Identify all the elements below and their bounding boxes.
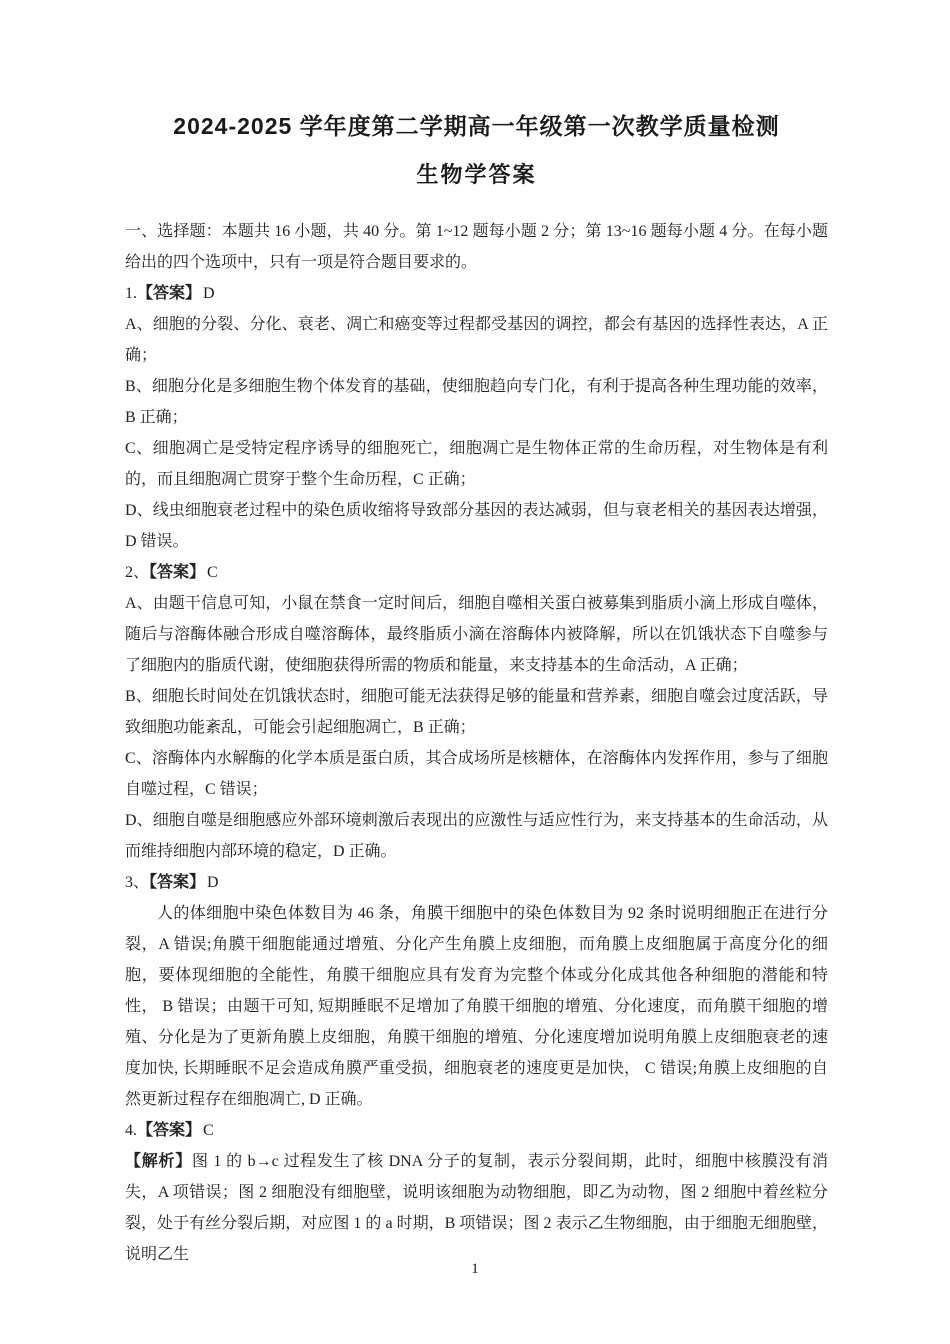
answer-heading: 1.【答案】D <box>125 278 828 309</box>
analysis-tag: 【解析】 <box>125 1153 192 1170</box>
answer-paragraph: B、细胞分化是多细胞生物个体发育的基础，使细胞趋向专门化，有利于提高各种生理功能… <box>125 371 828 433</box>
paragraph-text: 人的体细胞中染色体数目为 46 条，角膜干细胞中的染色体数目为 92 条时说明细… <box>125 905 828 1108</box>
answer-paragraph: C、溶酶体内水解酶的化学本质是蛋白质，其合成场所是核糖体，在溶酶体内发挥作用，参… <box>125 743 828 805</box>
document-title: 2024-2025 学年度第二学期高一年级第一次教学质量检测 <box>125 110 828 142</box>
answer-paragraph: 人的体细胞中染色体数目为 46 条，角膜干细胞中的染色体数目为 92 条时说明细… <box>125 898 828 1115</box>
paragraph-text: B、细胞分化是多细胞生物个体发育的基础，使细胞趋向专门化，有利于提高各种生理功能… <box>125 378 828 426</box>
paragraph-text: A、细胞的分裂、分化、衰老、凋亡和癌变等过程都受基因的调控，都会有基因的选择性表… <box>125 316 828 364</box>
section-one-intro: 一、选择题：本题共 16 小题，共 40 分。第 1~12 题每小题 2 分；第… <box>125 216 828 278</box>
answer-letter: D <box>201 285 215 302</box>
document-subtitle: 生物学答案 <box>125 160 828 190</box>
paragraph-text: D、细胞自噬是细胞感应外部环境刺激后表现出的应激性与适应性行为，来支持基本的生命… <box>125 812 828 860</box>
paragraph-text: 图 1 的 b→c 过程发生了核 DNA 分子的复制，表示分裂间期，此时，细胞中… <box>125 1153 828 1263</box>
paragraph-text: D、线虫细胞衰老过程中的染色质收缩将导致部分基因的表达减弱，但与衰老相关的基因表… <box>125 502 828 550</box>
answer-letter: C <box>205 564 218 581</box>
answers-container: 1.【答案】D A、细胞的分裂、分化、衰老、凋亡和癌变等过程都受基因的调控，都会… <box>125 278 828 1270</box>
answer-letter: D <box>205 874 219 891</box>
answer-block: 4.【答案】C 【解析】图 1 的 b→c 过程发生了核 DNA 分子的复制，表… <box>125 1115 828 1270</box>
answer-letter: C <box>201 1122 214 1139</box>
document-page: 2024-2025 学年度第二学期高一年级第一次教学质量检测 生物学答案 一、选… <box>0 0 950 1344</box>
paragraph-text: C、细胞凋亡是受特定程序诱导的细胞死亡，细胞凋亡是生物体正常的生命历程，对生物体… <box>125 440 828 488</box>
answer-tag: 【答案】 <box>149 874 205 891</box>
answer-paragraph: 【解析】图 1 的 b→c 过程发生了核 DNA 分子的复制，表示分裂间期，此时… <box>125 1146 828 1270</box>
answer-paragraph: A、细胞的分裂、分化、衰老、凋亡和癌变等过程都受基因的调控，都会有基因的选择性表… <box>125 309 828 371</box>
answer-tag: 【答案】 <box>137 1122 201 1139</box>
answer-paragraph: D、细胞自噬是细胞感应外部环境刺激后表现出的应激性与适应性行为，来支持基本的生命… <box>125 805 828 867</box>
answer-paragraphs: A、细胞的分裂、分化、衰老、凋亡和癌变等过程都受基因的调控，都会有基因的选择性表… <box>125 309 828 557</box>
answer-block: 1.【答案】D A、细胞的分裂、分化、衰老、凋亡和癌变等过程都受基因的调控，都会… <box>125 278 828 557</box>
page-number: 1 <box>0 1261 950 1278</box>
answer-tag: 【答案】 <box>149 564 205 581</box>
answer-tag: 【答案】 <box>137 285 201 302</box>
answer-paragraph: C、细胞凋亡是受特定程序诱导的细胞死亡，细胞凋亡是生物体正常的生命历程，对生物体… <box>125 433 828 495</box>
answer-heading: 4.【答案】C <box>125 1115 828 1146</box>
answer-paragraph: D、线虫细胞衰老过程中的染色质收缩将导致部分基因的表达减弱，但与衰老相关的基因表… <box>125 495 828 557</box>
paragraph-text: C、溶酶体内水解酶的化学本质是蛋白质，其合成场所是核糖体，在溶酶体内发挥作用，参… <box>125 750 828 798</box>
answer-block: 3、【答案】D 人的体细胞中染色体数目为 46 条，角膜干细胞中的染色体数目为 … <box>125 867 828 1115</box>
answer-number: 4. <box>125 1122 137 1139</box>
answer-paragraphs: A、由题干信息可知，小鼠在禁食一定时间后，细胞自噬相关蛋白被募集到脂质小滴上形成… <box>125 588 828 867</box>
answer-paragraphs: 人的体细胞中染色体数目为 46 条，角膜干细胞中的染色体数目为 92 条时说明细… <box>125 898 828 1115</box>
answer-heading: 2、【答案】C <box>125 557 828 588</box>
answer-number: 1. <box>125 285 137 302</box>
answer-number: 2、 <box>125 564 149 581</box>
answer-paragraph: B、细胞长时间处在饥饿状态时，细胞可能无法获得足够的能量和营养素，细胞自噬会过度… <box>125 681 828 743</box>
paragraph-text: A、由题干信息可知，小鼠在禁食一定时间后，细胞自噬相关蛋白被募集到脂质小滴上形成… <box>125 595 828 674</box>
answer-block: 2、【答案】C A、由题干信息可知，小鼠在禁食一定时间后，细胞自噬相关蛋白被募集… <box>125 557 828 867</box>
answer-number: 3、 <box>125 874 149 891</box>
answer-paragraph: A、由题干信息可知，小鼠在禁食一定时间后，细胞自噬相关蛋白被募集到脂质小滴上形成… <box>125 588 828 681</box>
paragraph-text: B、细胞长时间处在饥饿状态时，细胞可能无法获得足够的能量和营养素，细胞自噬会过度… <box>125 688 828 736</box>
answer-paragraphs: 【解析】图 1 的 b→c 过程发生了核 DNA 分子的复制，表示分裂间期，此时… <box>125 1146 828 1270</box>
answer-heading: 3、【答案】D <box>125 867 828 898</box>
